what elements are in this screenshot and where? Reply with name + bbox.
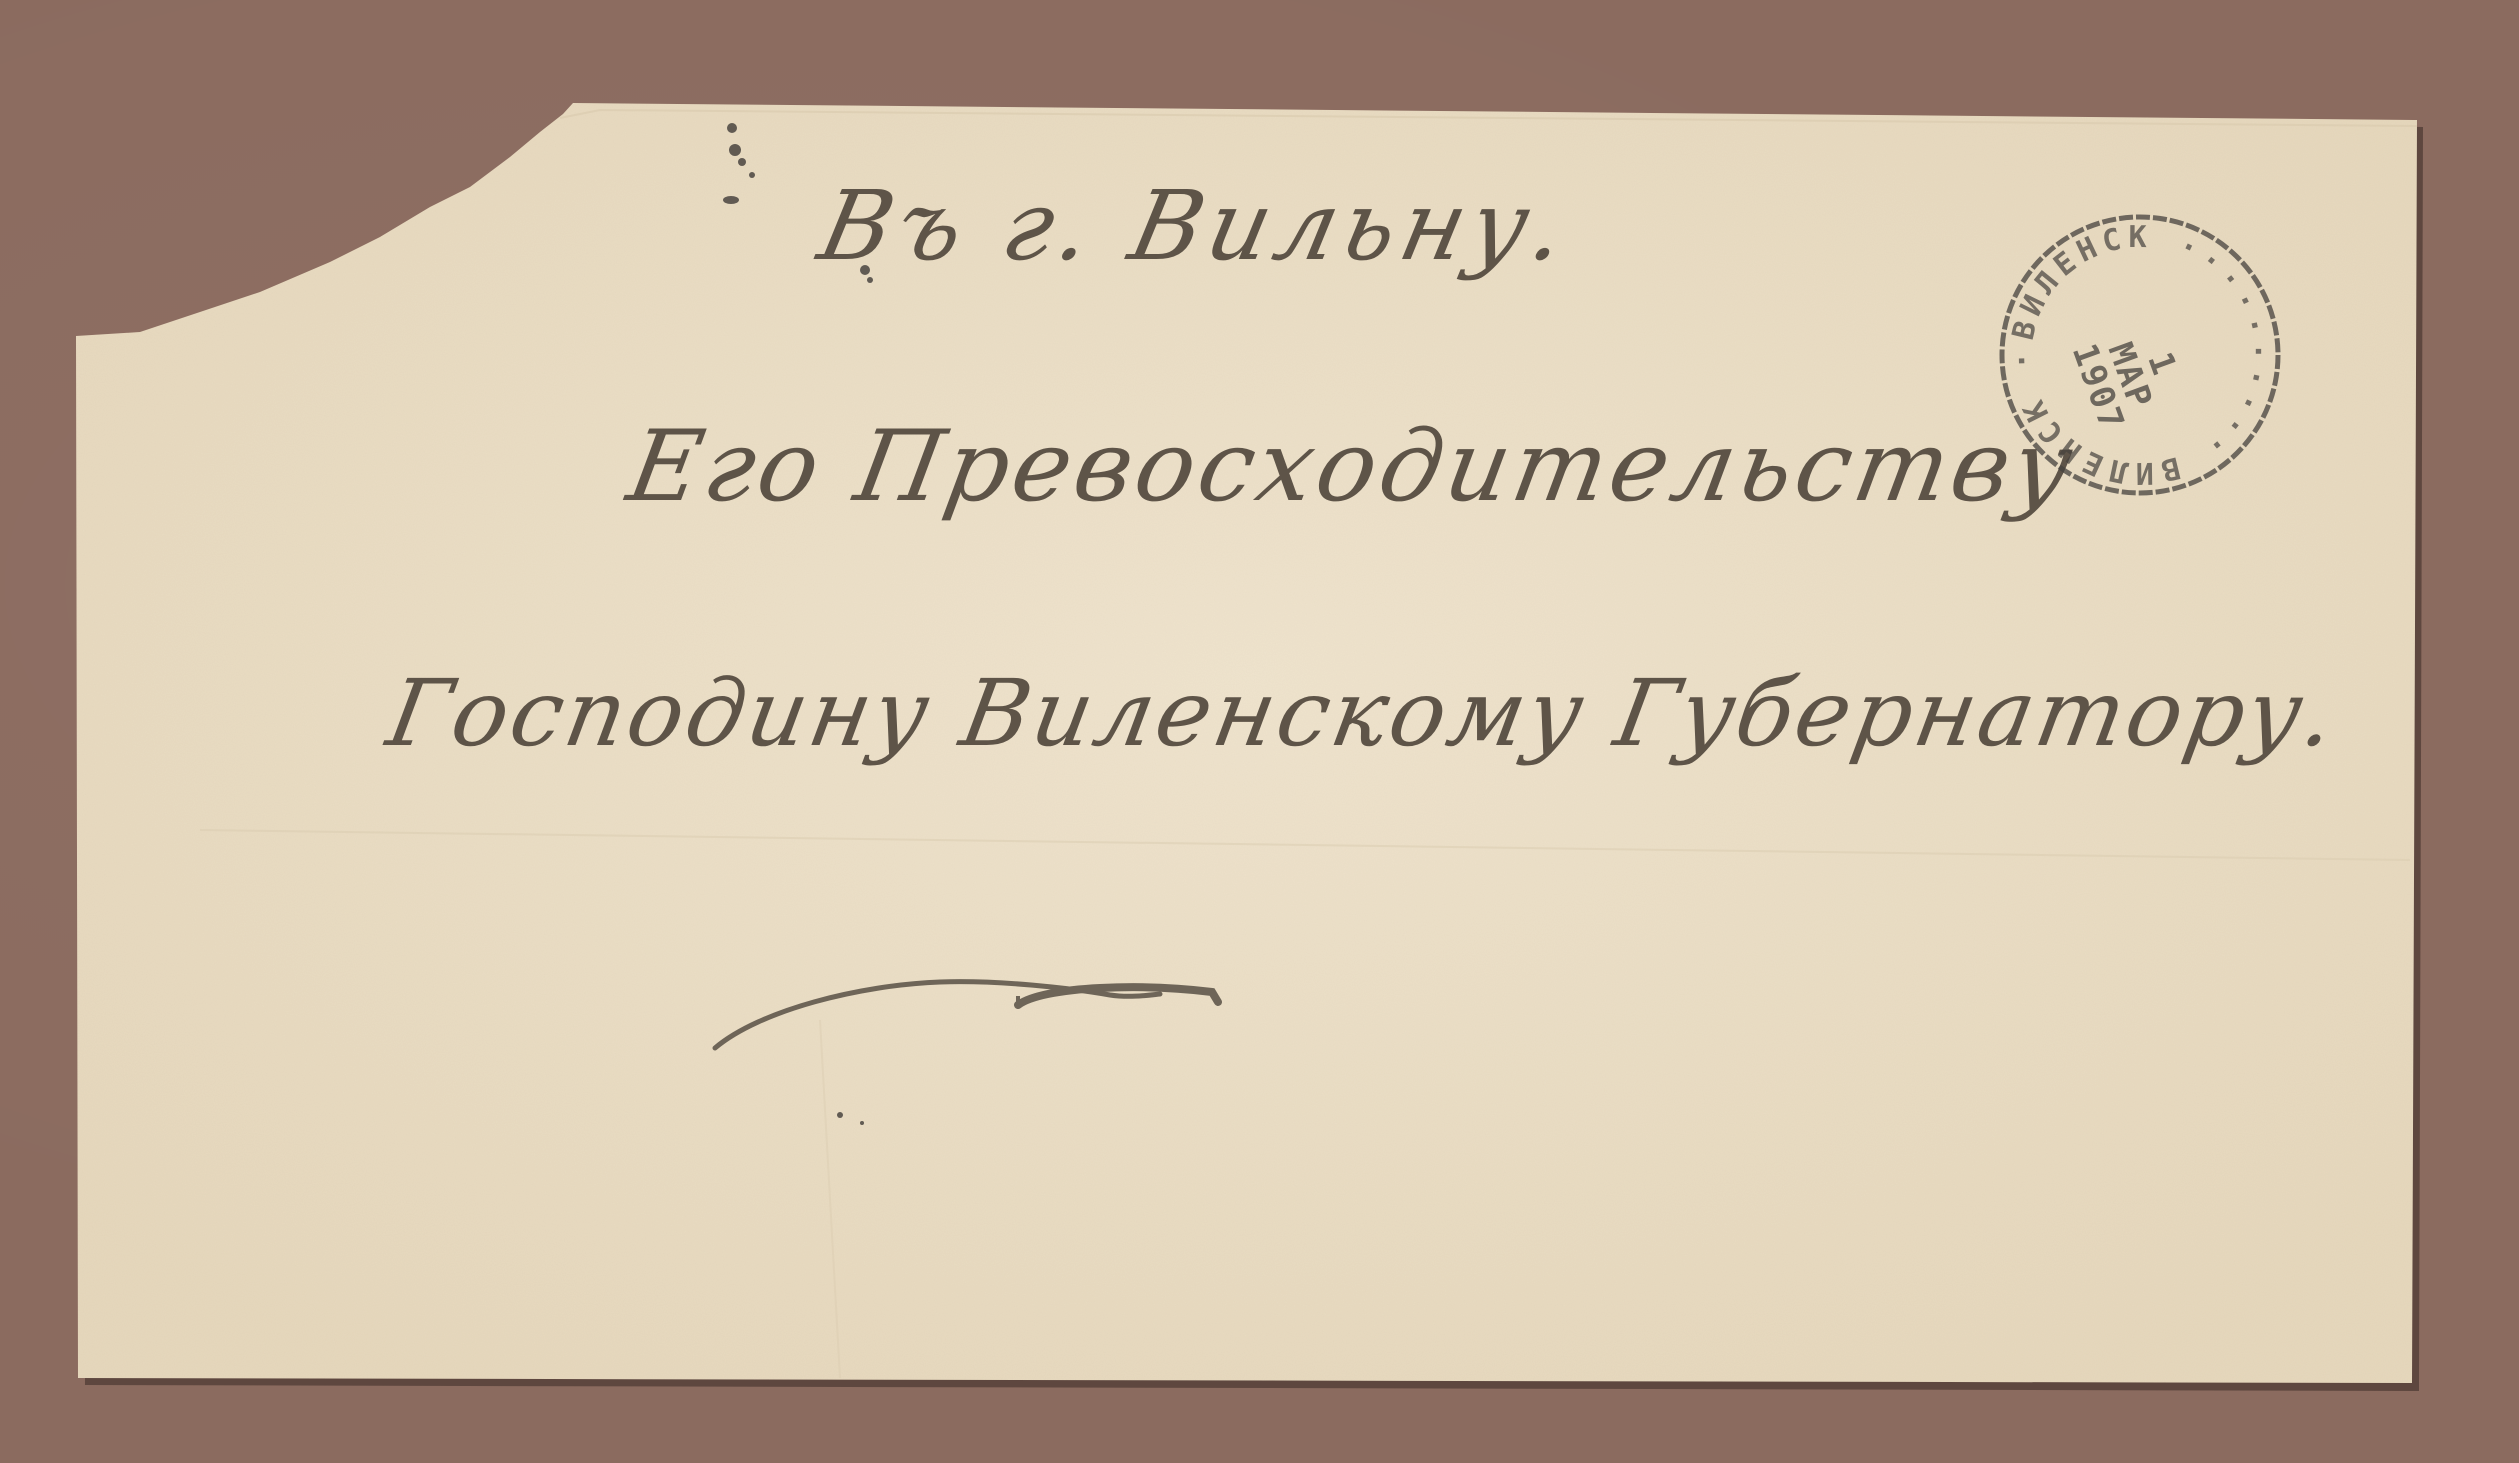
photo-stage: Въ г. Вильну. Его Превосходительству Гос… — [0, 0, 2519, 1463]
postmark-stamp: ВИЛЕНСК ·········· ВИЛЕНСК ········ 1 МА… — [1990, 205, 2290, 505]
